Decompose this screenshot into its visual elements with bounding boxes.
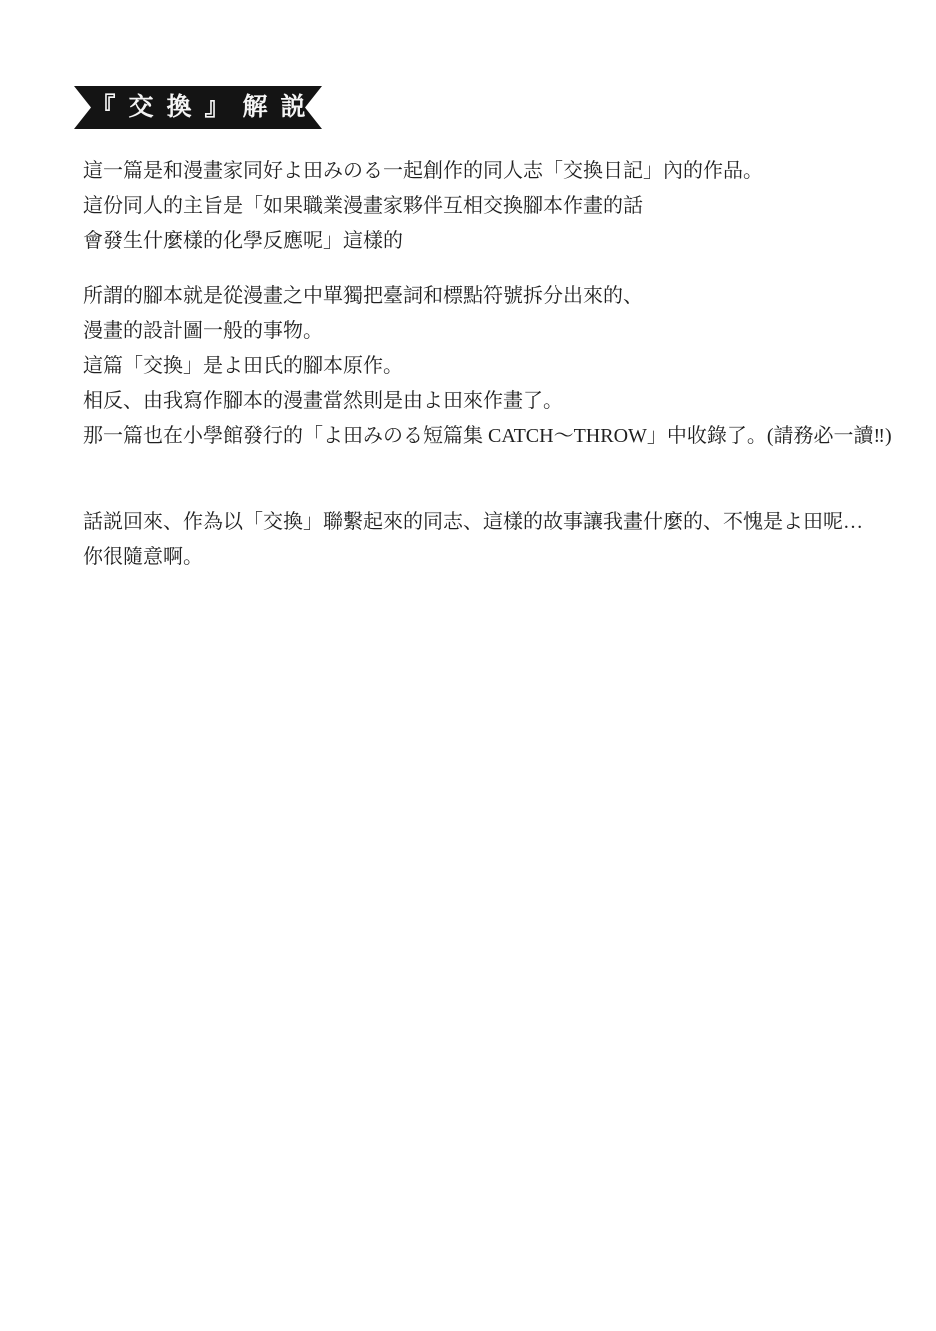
text-line: 會發生什麼樣的化學反應呢」這樣的	[83, 224, 763, 259]
commentary-page: 『交換』解説 這一篇是和漫畫家同好よ田みのる一起創作的同人志「交換日記」內的作品…	[0, 0, 936, 1331]
text-line: 相反、由我寫作腳本的漫畫當然則是由よ田來作畫了。	[83, 384, 892, 419]
text-line: 那一篇也在小學館發行的「よ田みのる短篇集 CATCH〜THROW」中收錄了。(請…	[83, 419, 892, 454]
text-line: 漫畫的設計圖一般的事物。	[83, 314, 892, 349]
text-line: 這篇「交換」是よ田氏的腳本原作。	[83, 349, 892, 384]
text-line: 所謂的腳本就是從漫畫之中單獨把臺詞和標點符號拆分出來的、	[83, 279, 892, 314]
paragraph-intro: 這一篇是和漫畫家同好よ田みのる一起創作的同人志「交換日記」內的作品。 這份同人的…	[83, 154, 763, 259]
text-line: 話説回來、作為以「交換」聯繫起來的同志、這樣的故事讓我畫什麼的、不愧是よ田呢…	[83, 505, 863, 540]
text-line: 你很隨意啊。	[83, 540, 863, 575]
paragraph-script-explanation: 所謂的腳本就是從漫畫之中單獨把臺詞和標點符號拆分出來的、 漫畫的設計圖一般的事物…	[83, 279, 892, 454]
text-line: 這一篇是和漫畫家同好よ田みのる一起創作的同人志「交換日記」內的作品。	[83, 154, 763, 189]
text-line: 這份同人的主旨是「如果職業漫畫家夥伴互相交換腳本作畫的話	[83, 189, 763, 224]
page-title: 『交換』解説	[77, 95, 318, 120]
title-banner: 『交換』解説	[74, 86, 322, 129]
paragraph-closing-remark: 話説回來、作為以「交換」聯繫起來的同志、這樣的故事讓我畫什麼的、不愧是よ田呢… …	[83, 505, 863, 575]
